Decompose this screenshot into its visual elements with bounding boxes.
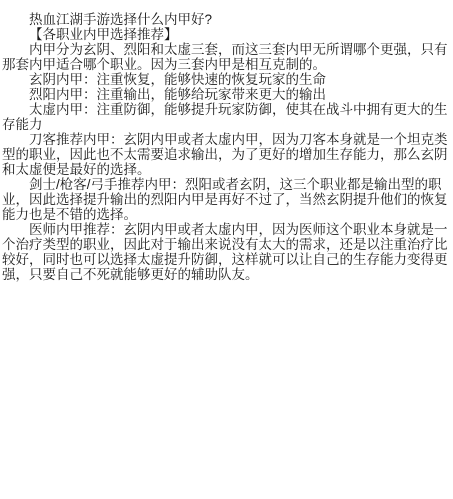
paragraph-xuanyin-armor: 玄阴内甲：注重恢复，能够快速的恢复玩家的生命 xyxy=(2,72,450,87)
page: { "page": { "background_color": "#ffffff… xyxy=(0,0,453,499)
paragraph-taixu-armor: 太虚内甲：注重防御，能够提升玩家防御，使其在战斗中拥有更大的生存能力 xyxy=(2,102,450,132)
paragraph-healer-recommendation: 医师内甲推荐：玄阴内甲或者太虚内甲，因为医师这个职业本身就是一个治疗类型的职业，… xyxy=(2,222,450,282)
article-body: 热血江湖手游选择什么内甲好? 【各职业内甲选择推荐】 内甲分为玄阴、烈阳和太虚三… xyxy=(0,0,453,282)
article-title: 热血江湖手游选择什么内甲好? xyxy=(2,12,450,27)
section-header: 【各职业内甲选择推荐】 xyxy=(2,27,450,42)
paragraph-blade-recommendation: 刀客推荐内甲：玄阴内甲或者太虚内甲，因为刀客本身就是一个坦克类型的职业，因此也不… xyxy=(2,132,450,177)
paragraph-dps-recommendation: 剑士/枪客/弓手推荐内甲：烈阳或者玄阴，这三个职业都是输出型的职业，因此选择提升… xyxy=(2,177,450,222)
paragraph-lieyang-armor: 烈阳内甲：注重输出，能够给玩家带来更大的输出 xyxy=(2,87,450,102)
paragraph-intro: 内甲分为玄阴、烈阳和太虚三套，而这三套内甲无所谓哪个更强，只有那套内甲适合哪个职… xyxy=(2,42,450,72)
